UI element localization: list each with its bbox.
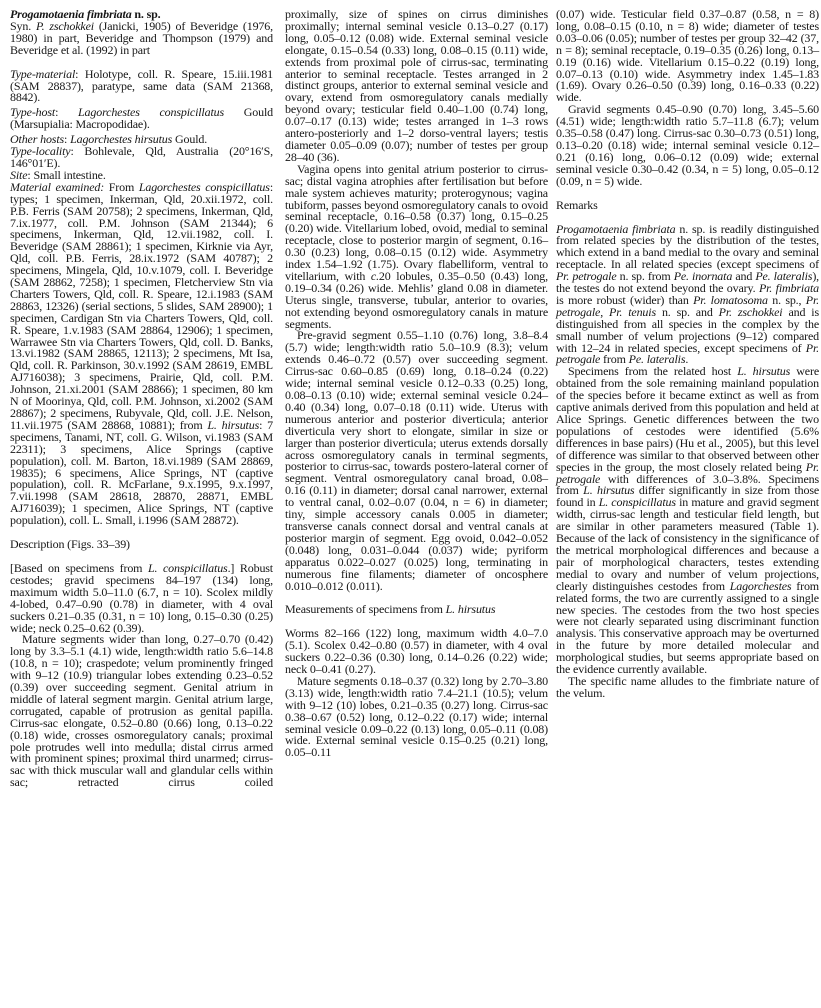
- description-heading: Description (Figs. 33–39): [10, 539, 273, 551]
- text-segment: L. hirsutus: [446, 602, 496, 616]
- text-segment: Worms 82–166 (122) long, maximum width 4…: [285, 626, 548, 676]
- measurements-heading: Measurements of specimens from L. hirsut…: [285, 604, 548, 616]
- text-segment: Mature segments wider than long, 0.27–0.…: [10, 632, 273, 789]
- type-host: Type-host: Lagorchestes conspicillatus G…: [10, 107, 273, 131]
- material-examined: Material examined: From Lagorchestes con…: [10, 182, 273, 527]
- type-material: Type-material: Holotype, coll. R. Speare…: [10, 69, 273, 105]
- text-segment: Pre-gravid segment 0.55–1.10 (0.76) long…: [285, 328, 548, 592]
- text-segment: Mature segments 0.18–0.37 (0.32) long by…: [285, 674, 548, 759]
- text-segment: (0.07) wide. Testicular field 0.37–0.87 …: [556, 7, 819, 104]
- measurements-continued: (0.07) wide. Testicular field 0.37–0.87 …: [556, 9, 819, 104]
- column-3: (0.07) wide. Testicular field 0.37–0.87 …: [556, 9, 819, 700]
- text-segment: Remarks: [556, 198, 598, 212]
- type-locality: Type-locality: Bohlevale, Qld, Australia…: [10, 146, 273, 170]
- text-segment: Gravid segments 0.45–0.90 (0.70) long, 3…: [556, 102, 819, 187]
- measurements-mature-segments: Mature segments 0.18–0.37 (0.32) long by…: [285, 676, 548, 759]
- text-segment: Description (Figs. 33–39): [10, 537, 130, 551]
- column-2: proximally, size of spines on cirrus dim…: [285, 9, 548, 759]
- text-segment: : types; 1 specimen, Inkerman, Qld, 20.x…: [10, 180, 273, 432]
- text-segment: were obtained from the sole remaining ma…: [556, 364, 819, 473]
- text-segment: Vagina opens into genital atrium posteri…: [285, 162, 548, 283]
- measurements-general: Worms 82–166 (122) long, maximum width 4…: [285, 628, 548, 676]
- description-female-system: Vagina opens into genital atrium posteri…: [285, 164, 548, 331]
- remarks-etymology: The specific name alludes to the fimbria…: [556, 676, 819, 700]
- measurements-gravid: Gravid segments 0.45–0.90 (0.70) long, 3…: [556, 104, 819, 187]
- text-segment: : 7 specimens, Tanami, NT, coll. G. Wils…: [10, 418, 273, 527]
- description-general: [Based on specimens from L. conspicillat…: [10, 563, 273, 634]
- synonymy: Syn. P. zschokkei (Janicki, 1905) of Bev…: [10, 21, 273, 57]
- description-mature-segments: Mature segments wider than long, 0.27–0.…: [10, 634, 273, 789]
- text-segment: The specific name alludes to the fimbria…: [556, 674, 819, 700]
- remarks-heading: Remarks: [556, 200, 819, 212]
- text-segment: Measurements of specimens from: [285, 602, 446, 616]
- journal-page: Progamotaenia fimbriata n. sp.Syn. P. zs…: [0, 0, 821, 1008]
- description-continued: proximally, size of spines on cirrus dim…: [285, 9, 548, 164]
- text-segment: proximally, size of spines on cirrus dim…: [285, 7, 548, 164]
- text-segment: from related forms, the two are currentl…: [556, 579, 819, 676]
- remarks-distinguishing: Progamotaenia fimbriata n. sp. is readil…: [556, 224, 819, 367]
- description-pregravid: Pre-gravid segment 0.55–1.10 (0.76) long…: [285, 330, 548, 592]
- column-1: Progamotaenia fimbriata n. sp.Syn. P. zs…: [10, 9, 273, 789]
- remarks-hosts: Specimens from the related host L. hirsu…: [556, 366, 819, 676]
- text-segment: .] Robust cestodes; gravid specimens 84–…: [10, 561, 273, 635]
